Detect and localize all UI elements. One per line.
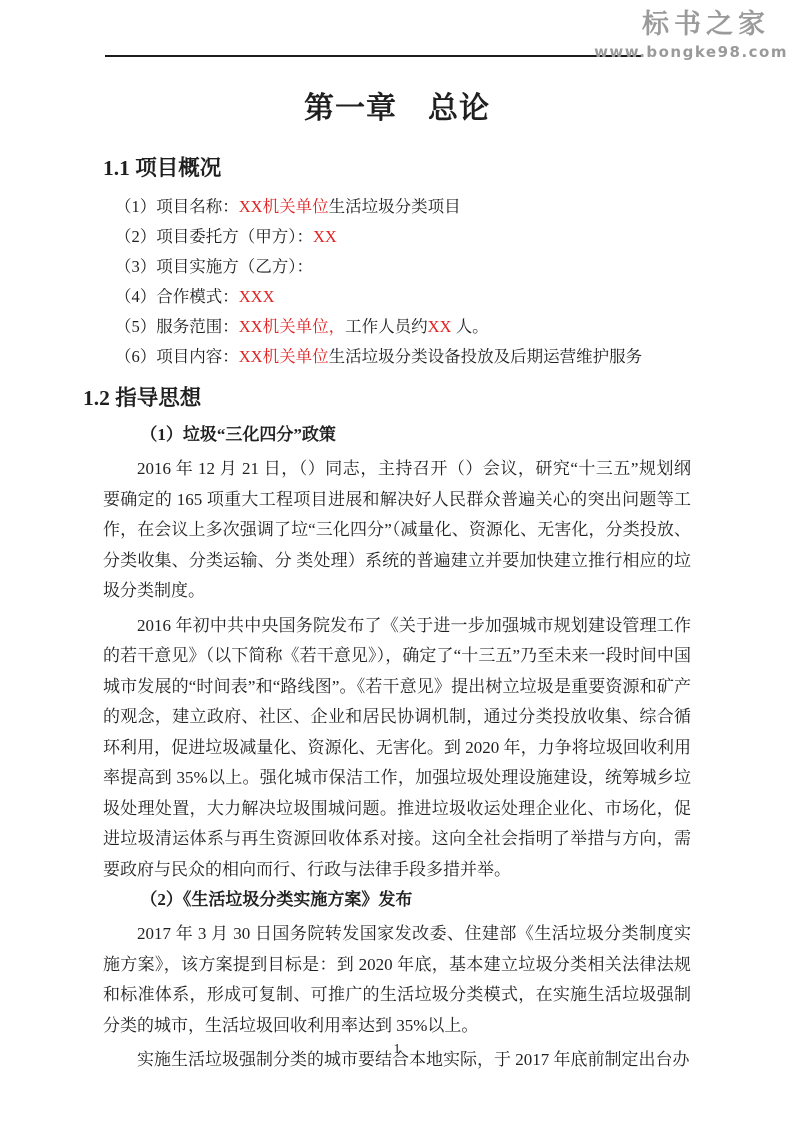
project-items: （1）项目名称：XX机关单位生活垃圾分类项目（2）项目委托方（甲方）：XX（3）… bbox=[103, 192, 691, 372]
redacted-placeholder-text: XX机关单位， bbox=[239, 317, 345, 336]
chapter-title: 第一章 总论 bbox=[103, 88, 691, 130]
item-text-segment: 人。 bbox=[451, 317, 488, 336]
document-page: 标书之家 www.bongke98.com 第一章 总论 1.1 项目概况 （1… bbox=[0, 0, 794, 1122]
project-item: （6）项目内容：XX机关单位生活垃圾分类设备投放及后期运营维护服务 bbox=[115, 342, 691, 372]
redacted-placeholder-text: XX机关单位 bbox=[239, 347, 329, 366]
redacted-placeholder-text: XX机关单位 bbox=[239, 197, 329, 216]
redacted-placeholder-text: XXX bbox=[239, 287, 275, 306]
item-text-segment: （6）项目内容： bbox=[115, 347, 239, 366]
project-item: （1）项目名称：XX机关单位生活垃圾分类项目 bbox=[115, 192, 691, 222]
paragraph: 2017 年 3 月 30 日国务院转发国家发改委、住建部《生活垃圾分类制度实施… bbox=[103, 919, 691, 1041]
document-content: 第一章 总论 1.1 项目概况 （1）项目名称：XX机关单位生活垃圾分类项目（2… bbox=[103, 0, 691, 1076]
section-2-blocks: （1）垃圾“三化四分”政策2016 年 12 月 21 日，（）同志，主持召开（… bbox=[103, 420, 691, 1076]
section-heading-1-2: 1.2 指导思想 bbox=[83, 382, 691, 414]
item-text-segment: 生活垃圾分类设备投放及后期运营维护服务 bbox=[329, 347, 643, 366]
item-text-segment: （1）项目名称： bbox=[115, 197, 239, 216]
project-item: （5）服务范围：XX机关单位，工作人员约XX 人。 bbox=[115, 312, 691, 342]
paragraph: 2016 年 12 月 21 日，（）同志，主持召开（）会议，研究“十三五”规划… bbox=[103, 454, 691, 607]
header-rule bbox=[105, 55, 643, 57]
site-logo-url: www.bongke98.com bbox=[594, 44, 788, 61]
paragraph: 2016 年初中共中央国务院发布了《关于进一步加强城市规划建设管理工作的若干意见… bbox=[103, 611, 691, 886]
redacted-placeholder-text: XX bbox=[313, 227, 337, 246]
page-number: 1 bbox=[0, 1042, 794, 1058]
item-text-segment: （4）合作模式： bbox=[115, 287, 239, 306]
subheading: （1）垃圾“三化四分”政策 bbox=[103, 420, 691, 450]
item-text-segment: （3）项目实施方（乙方）： bbox=[115, 257, 313, 276]
item-text-segment: 工作人员约 bbox=[345, 317, 428, 336]
project-item: （2）项目委托方（甲方）：XX bbox=[115, 222, 691, 252]
item-text-segment: （2）项目委托方（甲方）： bbox=[115, 227, 313, 246]
project-item: （4）合作模式：XXX bbox=[115, 282, 691, 312]
subheading: （2）《生活垃圾分类实施方案》发布 bbox=[103, 885, 691, 915]
item-text-segment: （5）服务范围： bbox=[115, 317, 239, 336]
section-heading-1-1: 1.1 项目概况 bbox=[103, 152, 691, 184]
redacted-placeholder-text: XX bbox=[428, 317, 452, 336]
item-text-segment: 生活垃圾分类项目 bbox=[329, 197, 461, 216]
site-logo: 标书之家 www.bongke98.com bbox=[594, 8, 788, 61]
site-logo-brand: 标书之家 bbox=[594, 8, 770, 42]
project-item: （3）项目实施方（乙方）： bbox=[115, 252, 691, 282]
